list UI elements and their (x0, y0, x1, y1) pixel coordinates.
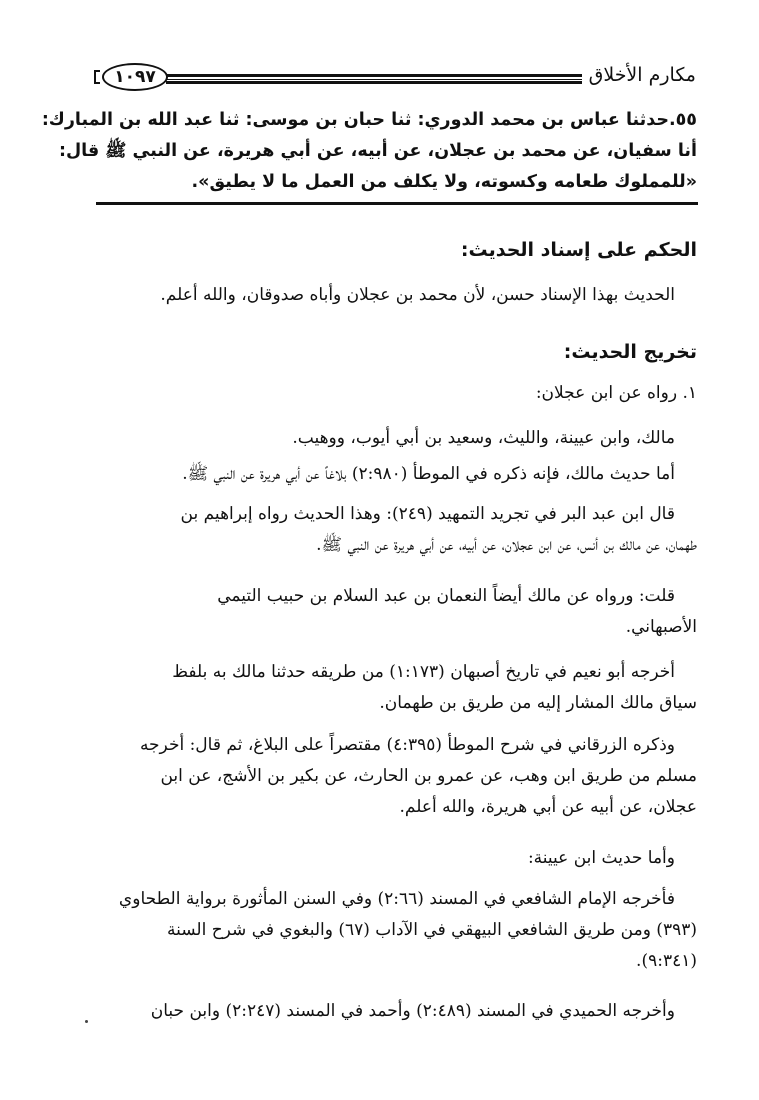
paragraph: وأما حديث ابن عيينة: (95, 843, 697, 874)
paragraph: الحديث بهذا الإسناد حسن، لأن محمد بن عجل… (95, 280, 697, 311)
paragraph: فأخرجه الإمام الشافعي في المسند (٢:٦٦) و… (95, 884, 697, 977)
book-title: مكارم الأخلاق (589, 62, 696, 88)
hadith-line: «للمملوك طعامه وكسوته، ولا يكلف من العمل… (95, 167, 697, 198)
page-number: ١٠٩٧ (102, 63, 168, 91)
book-page: مكارم الأخلاق ١٠٩٧ ٥٥.حدثنا عباس بن محمد… (0, 0, 759, 1100)
running-header: مكارم الأخلاق ١٠٩٧ (94, 62, 696, 92)
scan-artifact (85, 1020, 88, 1023)
paragraph: أما حديث مالك، فإنه ذكره في الموطأ (٢:٩٨… (95, 459, 697, 490)
header-rule (166, 74, 582, 84)
page-number-bracket-icon (94, 70, 100, 84)
paragraph: وذكره الزرقاني في شرح الموطأ (٤:٣٩٥) مقت… (95, 730, 697, 823)
paragraph: أخرجه أبو نعيم في تاريخ أصبهان (١:١٧٣) م… (95, 657, 697, 719)
hadith-text: ٥٥.حدثنا عباس بن محمد الدوري: ثنا حبان ب… (95, 105, 697, 198)
section-heading-takhrij: تخريج الحديث: (564, 338, 697, 366)
paragraph: وأخرجه الحميدي في المسند (٢:٤٨٩) وأحمد ف… (95, 996, 697, 1027)
hadith-line: ٥٥.حدثنا عباس بن محمد الدوري: ثنا حبان ب… (95, 105, 697, 136)
hadith-divider (96, 202, 698, 205)
section-heading-isnad-ruling: الحكم على إسناد الحديث: (461, 236, 697, 264)
paragraph: قلت: ورواه عن مالك أيضاً النعمان بن عبد … (95, 581, 697, 643)
paragraph: ١. رواه عن ابن عجلان: (95, 378, 697, 409)
hadith-line: أنا سفيان، عن محمد بن عجلان، عن أبيه، عن… (95, 136, 697, 167)
paragraph: قال ابن عبد البر في تجريد التمهيد (٢٤٩):… (95, 499, 697, 561)
paragraph: مالك، وابن عيينة، والليث، وسعيد بن أبي أ… (95, 423, 697, 454)
